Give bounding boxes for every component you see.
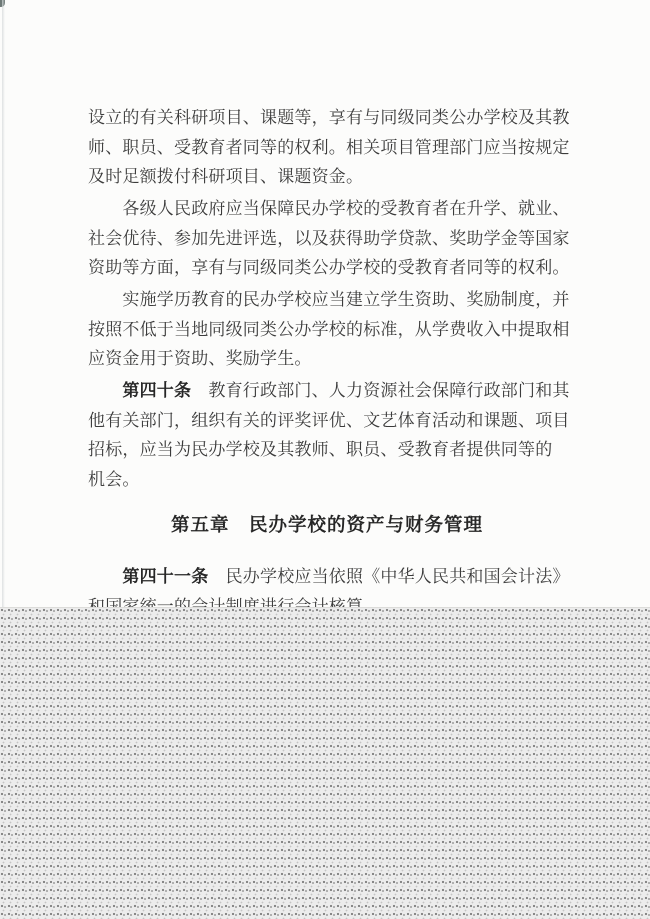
line-text: 资助等方面，享有与同级同类公办学校的受教育者同等的权利。 bbox=[88, 258, 570, 277]
text-line: 机会。 bbox=[88, 465, 566, 495]
scan-left-edge-shadow bbox=[2, 0, 5, 610]
document-text-column: 设立的有关科研项目、课题等，享有与同级同类公办学校及其教师、职员、受教育者同等的… bbox=[88, 103, 566, 621]
chapter-heading-text: 第五章 民办学校的资产与财务管理 bbox=[171, 516, 483, 536]
line-text: 社会优待、参加先进评选，以及获得助学贷款、奖助学金等国家 bbox=[88, 229, 570, 248]
text-line: 招标，应当为民办学校及其教师、职员、受教育者提供同等的 bbox=[88, 435, 566, 465]
text-line: 各级人民政府应当保障民办学校的受教育者在升学、就业、 bbox=[88, 194, 566, 224]
text-line: 师、职员、受教育者同等的权利。相关项目管理部门应当按规定 bbox=[88, 133, 566, 163]
text-line: 第四十一条 民办学校应当依照《中华人民共和国会计法》 bbox=[88, 562, 566, 592]
text-line: 第五章 民办学校的资产与财务管理 bbox=[88, 511, 566, 541]
text-line: 实施学历教育的民办学校应当建立学生资助、奖励制度，并 bbox=[88, 285, 566, 315]
paragraph: 实施学历教育的民办学校应当建立学生资助、奖励制度，并按照不低于当地同级同类公办学… bbox=[88, 285, 566, 374]
line-text: 应资金用于资助、奖励学生。 bbox=[88, 349, 312, 368]
line-text: 他有关部门，组织有关的评奖评优、文艺体育活动和课题、项目 bbox=[88, 411, 570, 430]
scanned-document-page: 设立的有关科研项目、课题等，享有与同级同类公办学校及其教师、职员、受教育者同等的… bbox=[0, 0, 650, 919]
chapter-heading: 第五章 民办学校的资产与财务管理 bbox=[88, 511, 566, 541]
halftone-dot-overlay bbox=[0, 607, 650, 919]
line-text: 民办学校应当依照《中华人民共和国会计法》 bbox=[208, 567, 569, 586]
line-text: 招标，应当为民办学校及其教师、职员、受教育者提供同等的 bbox=[88, 440, 552, 459]
text-line: 资助等方面，享有与同级同类公办学校的受教育者同等的权利。 bbox=[88, 253, 566, 283]
line-text: 各级人民政府应当保障民办学校的受教育者在升学、就业、 bbox=[88, 199, 570, 218]
text-line: 他有关部门，组织有关的评奖评优、文艺体育活动和课题、项目 bbox=[88, 406, 566, 436]
article-number: 第四十条 bbox=[88, 381, 191, 400]
line-text: 机会。 bbox=[88, 470, 140, 489]
line-text: 师、职员、受教育者同等的权利。相关项目管理部门应当按规定 bbox=[88, 138, 570, 157]
paragraph: 各级人民政府应当保障民办学校的受教育者在升学、就业、社会优待、参加先进评选，以及… bbox=[88, 194, 566, 283]
line-text: 按照不低于当地同级同类公办学校的标准，从学费收入中提取相 bbox=[88, 320, 570, 339]
text-line: 社会优待、参加先进评选，以及获得助学贷款、奖助学金等国家 bbox=[88, 224, 566, 254]
paragraph: 第四十条 教育行政部门、人力资源社会保障行政部门和其他有关部门，组织有关的评奖评… bbox=[88, 376, 566, 494]
text-line: 按照不低于当地同级同类公办学校的标准，从学费收入中提取相 bbox=[88, 315, 566, 345]
line-text: 及时足额拨付科研项目、课题资金。 bbox=[88, 167, 363, 186]
text-line: 设立的有关科研项目、课题等，享有与同级同类公办学校及其教 bbox=[88, 103, 566, 133]
text-line: 第四十条 教育行政部门、人力资源社会保障行政部门和其 bbox=[88, 376, 566, 406]
line-text: 设立的有关科研项目、课题等，享有与同级同类公办学校及其教 bbox=[88, 108, 570, 127]
article-number: 第四十一条 bbox=[88, 567, 208, 586]
text-line: 应资金用于资助、奖励学生。 bbox=[88, 344, 566, 374]
line-text: 教育行政部门、人力资源社会保障行政部门和其 bbox=[191, 381, 569, 400]
line-text: 实施学历教育的民办学校应当建立学生资助、奖励制度，并 bbox=[88, 290, 570, 309]
paragraph: 设立的有关科研项目、课题等，享有与同级同类公办学校及其教师、职员、受教育者同等的… bbox=[88, 103, 566, 192]
text-line: 及时足额拨付科研项目、课题资金。 bbox=[88, 162, 566, 192]
